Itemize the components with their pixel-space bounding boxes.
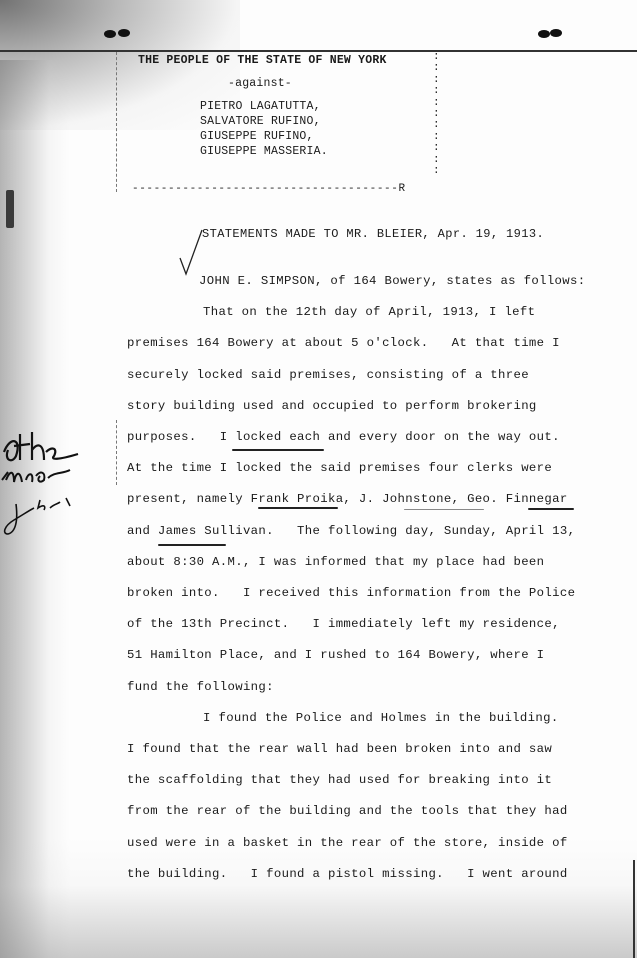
caption-colons: : : : : : : : : : : : — [433, 52, 440, 177]
body-line: That on the 12th day of April, 1913, I l… — [127, 297, 627, 328]
body-line: story building used and occupied to perf… — [127, 391, 627, 422]
defendant: GIUSEPPE MASSERIA. — [138, 144, 448, 159]
binding-mark — [6, 190, 14, 228]
body-line: I found the Police and Holmes in the bui… — [127, 703, 627, 734]
defendant: PIETRO LAGATUTTA, — [138, 99, 448, 114]
body-line: the building. I found a pistol missing. … — [127, 859, 627, 890]
case-caption: THE PEOPLE OF THE STATE OF NEW YORK -aga… — [138, 53, 448, 159]
case-title: THE PEOPLE OF THE STATE OF NEW YORK — [138, 53, 448, 68]
body-line: from the rear of the building and the to… — [127, 796, 627, 827]
binding-hole — [538, 30, 550, 38]
body-line: At the time I locked the said premises f… — [127, 453, 627, 484]
page-right-edge — [633, 860, 635, 958]
handwritten-underline — [232, 449, 324, 451]
statement-heading: STATEMENTS MADE TO MR. BLEIER, Apr. 19, … — [202, 227, 544, 241]
binding-hole — [104, 30, 116, 38]
handwritten-underline — [258, 507, 338, 509]
defendant: SALVATORE RUFINO, — [138, 114, 448, 129]
handwritten-underline — [404, 509, 484, 510]
caption-rule: -------------------------------------R — [132, 183, 406, 195]
handwritten-margin-note: other minor J.Z. — [0, 430, 110, 540]
body-line: fund the following: — [127, 672, 627, 703]
body-line: the scaffolding that they had used for b… — [127, 765, 627, 796]
margin-line — [116, 420, 118, 485]
margin-line — [116, 52, 118, 192]
body-line: used were in a basket in the rear of the… — [127, 828, 627, 859]
binding-hole — [118, 29, 130, 37]
defendant: GIUSEPPE RUFINO, — [138, 129, 448, 144]
body-line: present, namely Frank Proika, J. Johnsto… — [127, 484, 627, 515]
handwritten-underline — [158, 544, 226, 546]
body-line: and James Sullivan. The following day, S… — [127, 516, 627, 547]
body-line: premises 164 Bowery at about 5 o'clock. … — [127, 328, 627, 359]
binding-hole — [550, 29, 562, 37]
body-line: purposes. I locked each and every door o… — [127, 422, 627, 453]
body-line: JOHN E. SIMPSON, of 164 Bowery, states a… — [127, 266, 627, 297]
body-line: broken into. I received this information… — [127, 578, 627, 609]
statement-body: JOHN E. SIMPSON, of 164 Bowery, states a… — [127, 266, 627, 890]
handwritten-underline — [528, 508, 574, 510]
body-line: I found that the rear wall had been brok… — [127, 734, 627, 765]
body-line: of the 13th Precinct. I immediately left… — [127, 609, 627, 640]
page-top-edge — [0, 50, 637, 52]
against-label: -against- — [138, 76, 448, 91]
body-line: securely locked said premises, consistin… — [127, 360, 627, 391]
body-line: 51 Hamilton Place, and I rushed to 164 B… — [127, 640, 627, 671]
body-line: about 8:30 A.M., I was informed that my … — [127, 547, 627, 578]
